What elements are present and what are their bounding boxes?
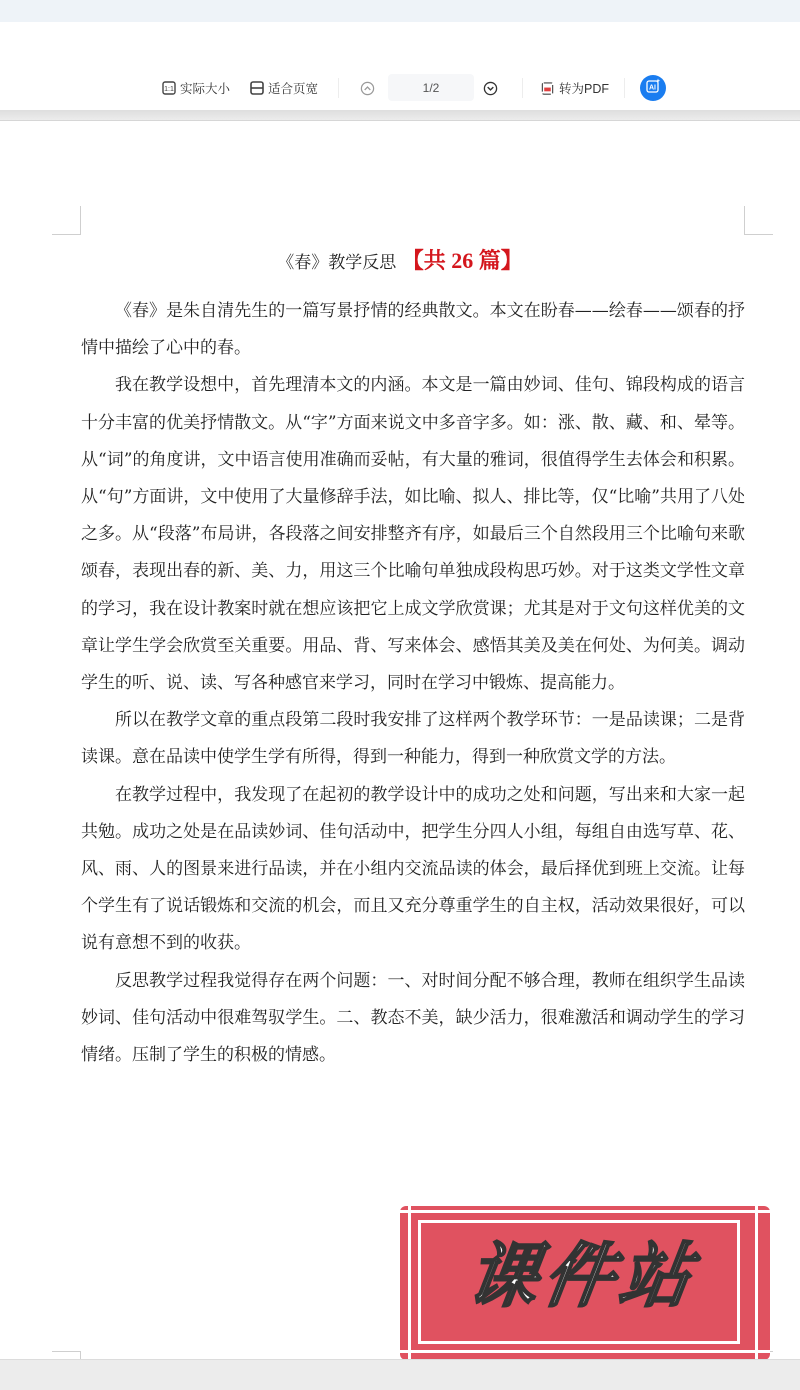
watermark-stamp: 课件站 bbox=[400, 1206, 770, 1360]
prev-page-button[interactable] bbox=[360, 66, 379, 110]
svg-text:1:1: 1:1 bbox=[164, 86, 174, 93]
actual-size-label: 实际大小 bbox=[180, 79, 230, 97]
fit-width-button[interactable]: 适合页宽 bbox=[250, 66, 318, 110]
bottom-bar bbox=[0, 1359, 800, 1390]
title-count-badge: 【共 26 篇】 bbox=[402, 248, 523, 273]
watermark-text: 课件站 bbox=[415, 1226, 749, 1326]
margin-corner-mark bbox=[52, 206, 81, 235]
paragraph: 在教学过程中，我发现了在起初的教学设计中的成功之处和问题，写出来和大家一起共勉。… bbox=[81, 777, 745, 963]
page-number: 1/2 bbox=[423, 81, 440, 95]
stamp-distress bbox=[408, 1206, 411, 1360]
stamp-distress bbox=[400, 1350, 770, 1353]
paragraph: 反思教学过程我觉得存在两个问题：一、对时间分配不够合理，教师在组织学生品读妙词、… bbox=[81, 963, 745, 1075]
pdf-convert-icon bbox=[540, 81, 555, 96]
fit-width-label: 适合页宽 bbox=[268, 79, 318, 97]
paragraph: 《春》是朱自清先生的一篇写景抒情的经典散文。本文在盼春——绘春——颂春的抒情中描… bbox=[81, 293, 745, 367]
top-strip bbox=[0, 0, 800, 22]
chevron-down-circle-icon bbox=[483, 81, 498, 96]
convert-pdf-label: 转为PDF bbox=[559, 79, 609, 97]
document-title: 《春》教学反思 【共 26 篇】 bbox=[0, 248, 800, 276]
document-body: 《春》是朱自清先生的一篇写景抒情的经典散文。本文在盼春——绘春——颂春的抒情中描… bbox=[81, 293, 745, 1074]
divider bbox=[624, 78, 625, 98]
header-bar bbox=[0, 22, 800, 67]
margin-corner-mark bbox=[744, 206, 773, 235]
paragraph: 我在教学设想中，首先理清本文的内涵。本文是一篇由妙词、佳句、锦段构成的语言十分丰… bbox=[81, 367, 745, 702]
divider bbox=[338, 78, 339, 98]
ai-assistant-icon: AI bbox=[645, 78, 661, 99]
viewer-toolbar: 1:1 实际大小 适合页宽 1/2 转为PDF AI bbox=[0, 66, 800, 110]
fit-width-icon bbox=[250, 81, 264, 95]
document-page: 《春》教学反思 【共 26 篇】 《春》是朱自清先生的一篇写景抒情的经典散文。本… bbox=[0, 121, 800, 1359]
actual-size-button[interactable]: 1:1 实际大小 bbox=[162, 66, 230, 110]
ai-assistant-button[interactable]: AI bbox=[640, 75, 666, 101]
page-indicator[interactable]: 1/2 bbox=[388, 74, 474, 101]
convert-pdf-button[interactable]: 转为PDF bbox=[540, 66, 609, 110]
svg-text:AI: AI bbox=[649, 84, 656, 91]
paragraph: 所以在教学文章的重点段第二段时我安排了这样两个教学环节：一是品读课；二是背读课。… bbox=[81, 702, 745, 776]
stamp-distress bbox=[400, 1210, 770, 1213]
actual-size-icon: 1:1 bbox=[162, 81, 176, 95]
toolbar-shadow bbox=[0, 110, 800, 121]
stamp-distress bbox=[755, 1206, 758, 1360]
next-page-button[interactable] bbox=[483, 66, 502, 110]
chevron-up-circle-icon bbox=[360, 81, 375, 96]
divider bbox=[522, 78, 523, 98]
title-main: 《春》教学反思 bbox=[277, 253, 396, 273]
